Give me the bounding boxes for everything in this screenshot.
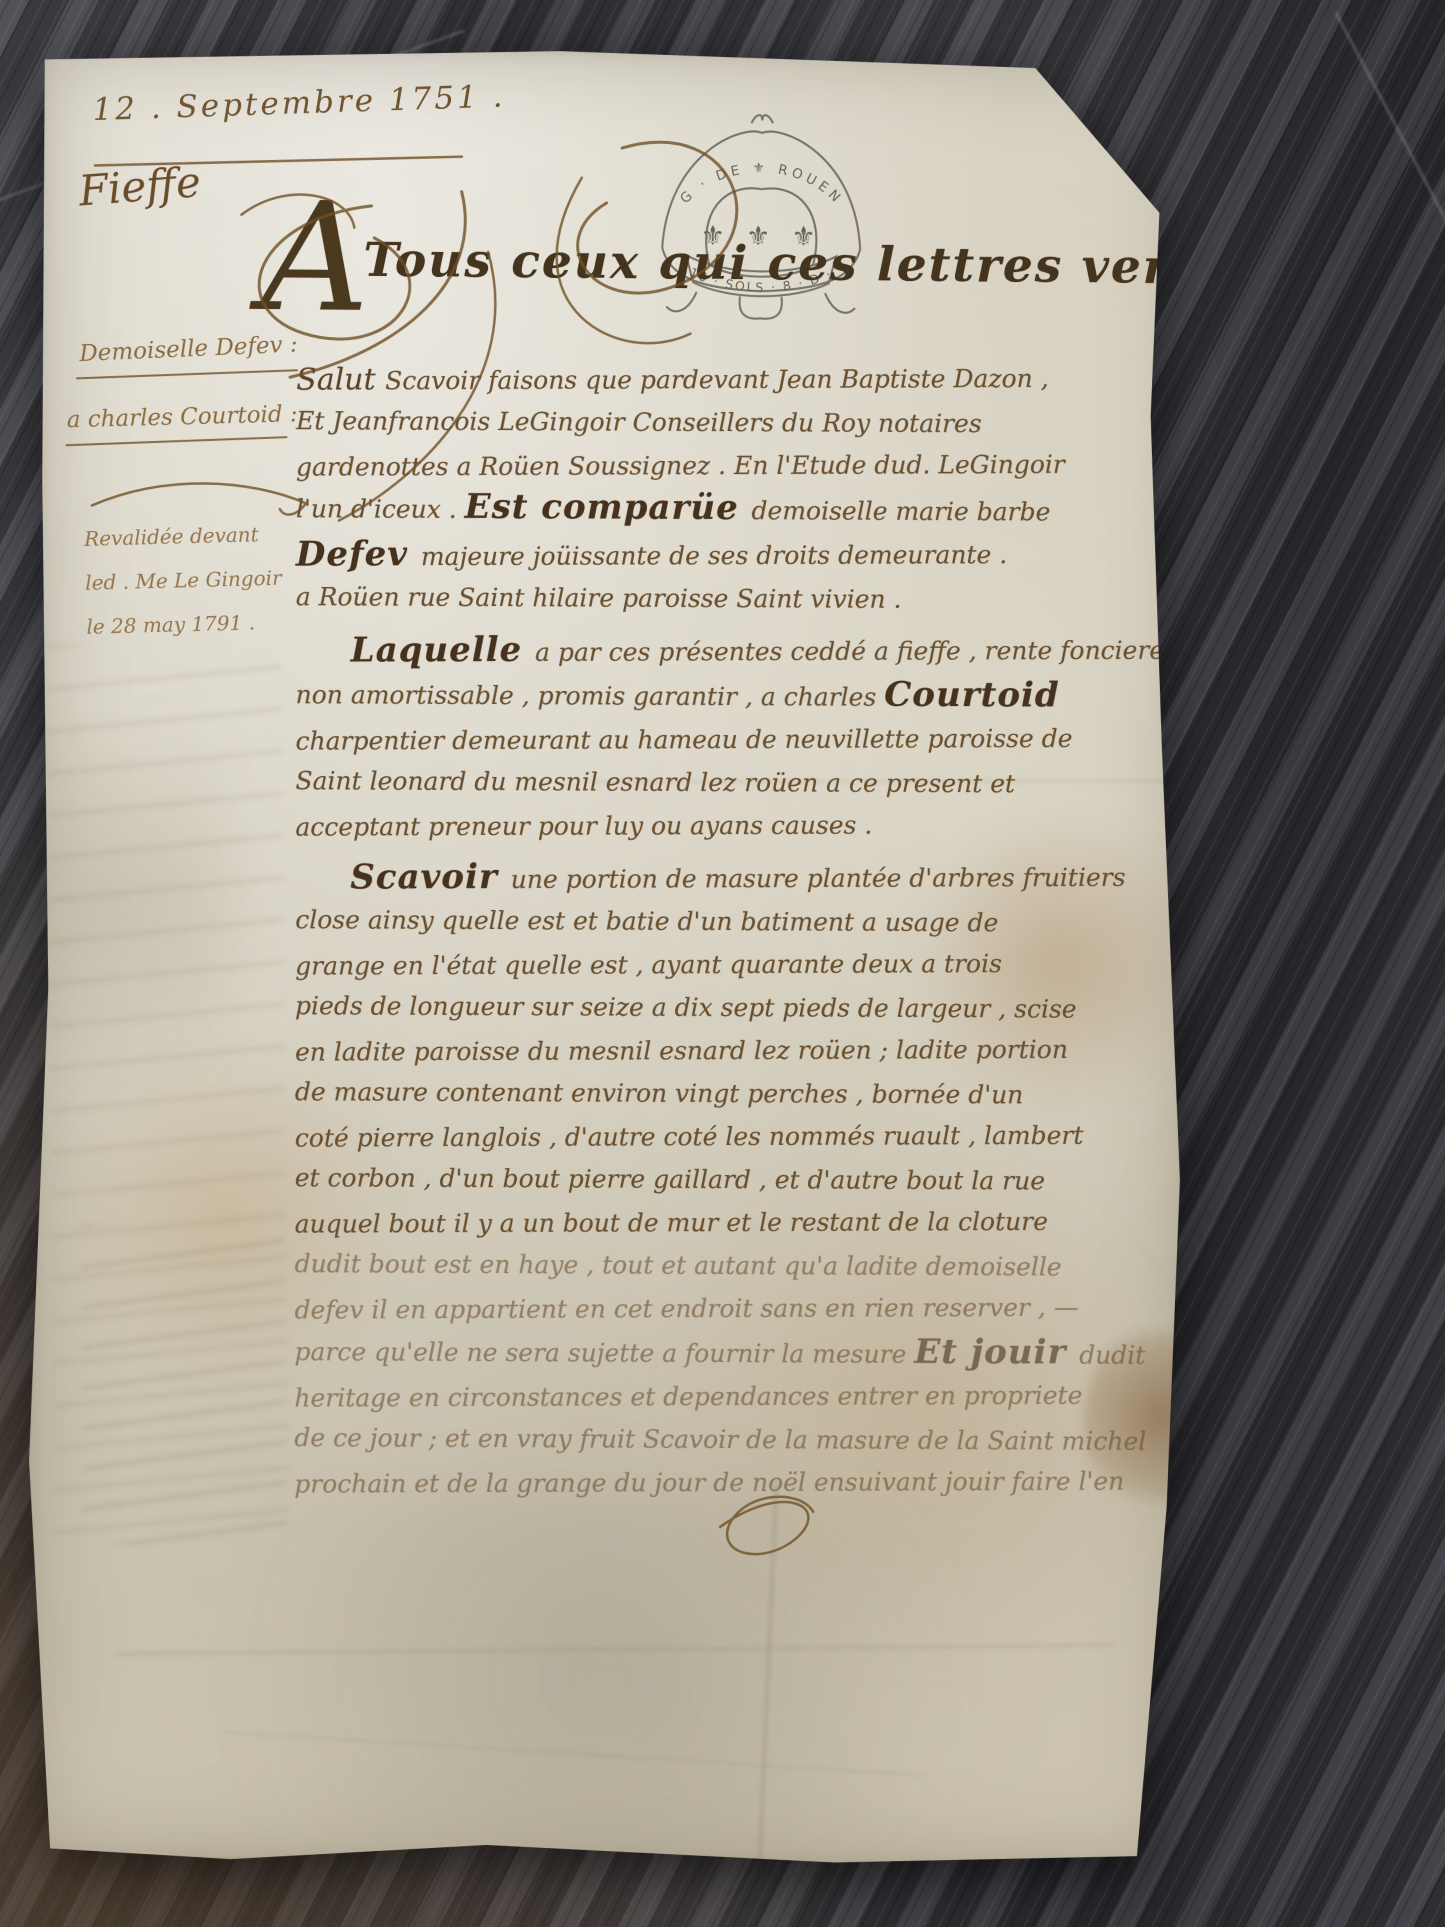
parchment-document: 12 . Septembre 1751 . Fieffe G · DE ⚜ RO… [22,43,1198,1871]
parchment-crease [224,1731,923,1776]
manuscript-text-segment: Laquelle [351,630,536,671]
manuscript-line: l'un d'iceux . Est comparüe demoiselle m… [296,485,1166,534]
manuscript-paragraph: Scavoir une portion de masure plantée d'… [294,854,1165,1505]
manuscript-text-segment: defev il en appartient en cet endroit sa… [294,1293,1078,1325]
manuscript-line: gardenottes a Roüen Soussignez . En l'Et… [296,443,1166,489]
manuscript-text-segment: Et Jeanfrancois LeGingoir Conseillers du… [296,406,982,438]
parchment-crease [114,1644,1114,1656]
manuscript-text-segment: Scavoir [350,857,511,898]
margin-party-grantor: Demoiselle Defev : [79,332,298,367]
manuscript-text-segment: close ainsy quelle est et batie d'un bat… [295,905,998,937]
manuscript-paragraph: Salut Scavoir faisons que pardevant Jean… [296,356,1166,621]
manuscript-text-segment: charpentier demeurant au hameau de neuvi… [295,724,1072,756]
margin-party-grantee: a charles Courtoid : [66,401,298,433]
manuscript-text-segment: pieds de longueur sur seize a dix sept p… [295,991,1077,1023]
revalidation-line: le 28 may 1791 . [86,600,283,649]
manuscript-line: auquel bout il y a un bout de mur et le … [295,1200,1165,1246]
manuscript-text-segment: parce qu'elle ne sera sujette a fournir … [294,1337,914,1369]
manuscript-line: close ainsy quelle est et batie d'un bat… [295,898,1165,945]
manuscript-line: heritage en circonstances et dependances… [294,1374,1164,1420]
manuscript-text-segment: en ladite paroisse du mesnil esnard lez … [295,1035,1068,1067]
manuscript-text-segment: Scavoir faisons que pardevant Jean Bapti… [385,364,1049,395]
manuscript-text-segment: grange en l'état quelle est , ayant quar… [295,949,1002,980]
wood-plank-seam [1334,12,1445,631]
manuscript-text-segment: l'un d'iceux . [296,494,465,524]
manuscript-text-segment: Courtoid [884,675,1060,716]
manuscript-line: prochain et de la grange du jour de noël… [294,1460,1164,1506]
manuscript-text-segment: prochain et de la grange du jour de noël… [294,1467,1124,1499]
manuscript-line: defev il en appartient en cet endroit sa… [294,1286,1164,1332]
manuscript-line: Saint leonard du mesnil esnard lez roüen… [295,759,1165,806]
manuscript-text-segment: Salut [296,362,385,397]
manuscript-text-segment: de ce jour ; et en vray fruit Scavoir de… [294,1423,1146,1456]
manuscript-line: en ladite paroisse du mesnil esnard lez … [295,1028,1165,1074]
manuscript-line: de masure contenant environ vingt perche… [295,1070,1165,1117]
manuscript-text-segment: coté pierre langlois , d'autre coté les … [295,1121,1084,1153]
manuscript-text-segment: heritage en circonstances et dependances… [294,1381,1082,1413]
manuscript-line: coté pierre langlois , d'autre coté les … [295,1114,1165,1160]
manuscript-text-segment: une portion de masure plantée d'arbres f… [511,863,1126,894]
manuscript-line: Defev majeure joüissante de ses droits d… [296,531,1166,579]
manuscript-paragraph: Laquelle a par ces présentes ceddé a fie… [295,627,1165,848]
manuscript-text-segment: dudit [1079,1341,1145,1370]
manuscript-line: acceptant preneur pour luy ou ayans caus… [295,803,1165,849]
manuscript-text-segment: majeure joüissante de ses droits demeura… [421,540,1007,571]
manuscript-text-segment: auquel bout il y a un bout de mur et le … [295,1207,1048,1239]
parchment-crease [756,1480,778,1910]
ornate-initial: A [260,171,370,346]
manuscript-text-segment: et corbon , d'un bout pierre gaillard , … [295,1163,1045,1195]
manuscript-text-segment: non amortissable , promis garantir , a c… [296,680,885,712]
manuscript-line: de ce jour ; et en vray fruit Scavoir de… [294,1416,1164,1463]
manuscript-line: parce qu'elle ne sera sujette a fournir … [294,1328,1164,1377]
manuscript-line: a Roüen rue Saint hilaire paroisse Saint… [296,575,1166,622]
manuscript-line: non amortissable , promis garantir , a c… [296,671,1166,720]
stamp-arc-text: G · DE ⚜ ROUEN [677,160,846,209]
revalidation-line: led . Me Le Gingoir [85,556,282,605]
manuscript-text-segment: demoiselle marie barbe [751,496,1050,526]
parchment-sheet-wrapper: 12 . Septembre 1751 . Fieffe G · DE ⚜ RO… [22,43,1198,1871]
opening-salutation: ATous ceux qui ces lettres verront [261,213,1290,312]
manuscript-line: Et Jeanfrancois LeGingoir Conseillers du… [296,399,1166,446]
manuscript-line: Scavoir une portion de masure plantée d'… [350,854,1165,902]
date-line: 12 . Septembre 1751 . [92,78,506,128]
body-text: Salut Scavoir faisons que pardevant Jean… [294,356,1166,1513]
manuscript-text-segment: a par ces présentes ceddé a fieffe , ren… [535,636,1164,667]
manuscript-text-segment: Saint leonard du mesnil esnard lez roüen… [295,766,1015,798]
opening-phrase: Tous ceux qui ces lettres verront [363,233,1290,296]
manuscript-text-segment: Defev [296,534,421,574]
manuscript-line: dudit bout est en haye , tout et autant … [295,1242,1165,1289]
margin-revalidation-note: Revalidée devant led . Me Le Gingoir le … [84,512,284,649]
manuscript-line: charpentier demeurant au hameau de neuvi… [295,717,1165,763]
wood-table-background: 12 . Septembre 1751 . Fieffe G · DE ⚜ RO… [0,0,1445,1927]
manuscript-line: pieds de longueur sur seize a dix sept p… [295,984,1165,1031]
manuscript-text-segment: gardenottes a Roüen Soussignez . En l'Et… [296,450,1065,482]
margin-heading-fieffe: Fieffe [77,157,203,215]
manuscript-text-segment: Et jouir [914,1332,1079,1373]
manuscript-text-segment: a Roüen rue Saint hilaire paroisse Saint… [296,582,902,614]
revalidation-line: Revalidée devant [84,512,281,561]
manuscript-line: Laquelle a par ces présentes ceddé a fie… [351,627,1166,675]
manuscript-text-segment: dudit bout est en haye , tout et autant … [295,1249,1062,1281]
ink-bleedthrough [80,1223,288,1545]
manuscript-line: et corbon , d'un bout pierre gaillard , … [295,1156,1165,1203]
manuscript-line: Salut Scavoir faisons que pardevant Jean… [296,356,1166,403]
manuscript-text-segment: acceptant preneur pour luy ou ayans caus… [295,811,872,842]
manuscript-text-segment: de masure contenant environ vingt perche… [295,1077,1024,1109]
manuscript-text-segment: Est comparüe [465,487,752,528]
manuscript-line: grange en l'état quelle est , ayant quar… [295,942,1165,988]
